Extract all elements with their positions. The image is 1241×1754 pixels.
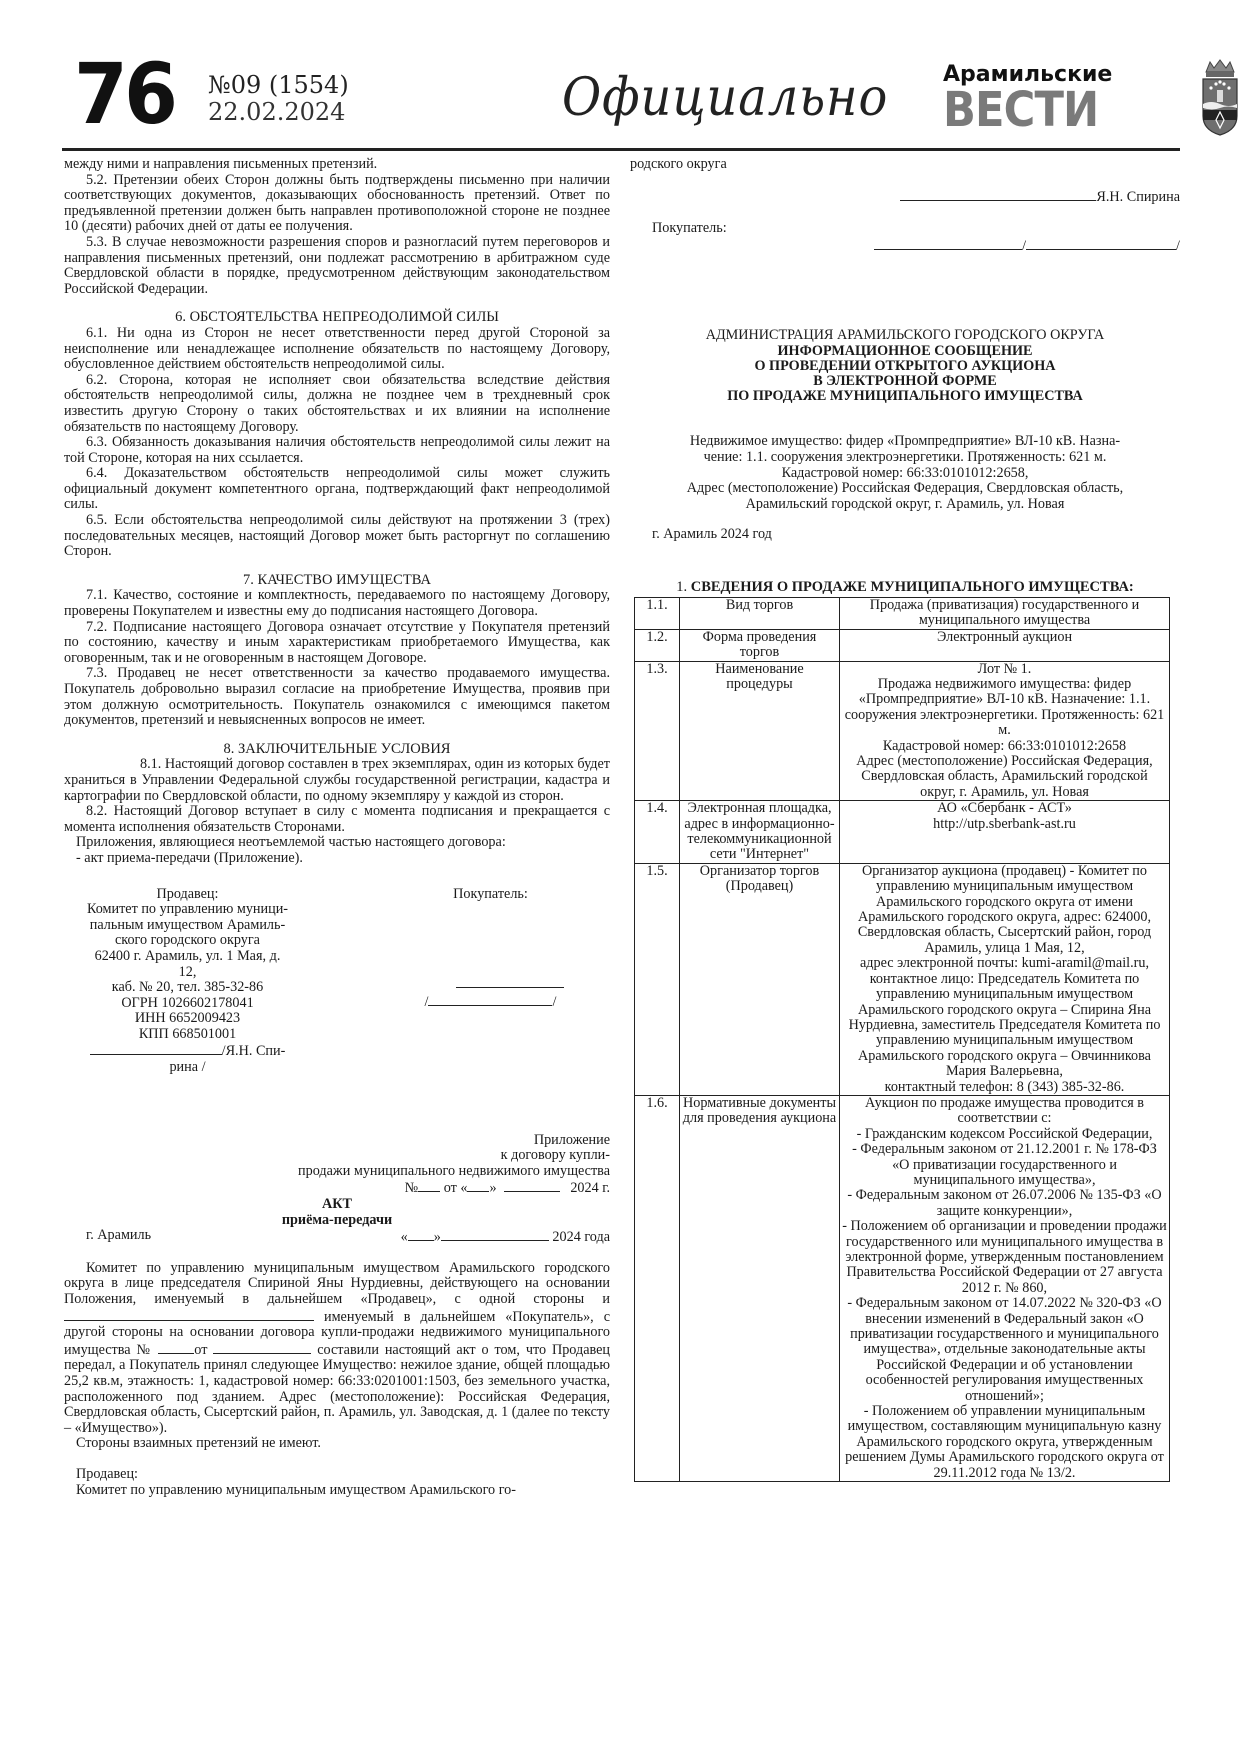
notice-header: АДМИНИСТРАЦИЯ АРАМИЛЬСКОГО ГОРОДСКОГО ОК…: [630, 328, 1180, 404]
appendix-line: Приложение: [64, 1133, 610, 1149]
clause-6-3: 6.3. Обязанность доказывания наличия обс…: [64, 435, 610, 466]
notice-title-line: В ЭЛЕКТРОННОЙ ФОРМЕ: [630, 374, 1180, 389]
table-row: 1.3.Наименование процедурыЛот № 1.Продаж…: [635, 661, 1170, 801]
table-row: 1.1.Вид торговПродажа (приватизация) гос…: [635, 597, 1170, 629]
signature-block: Продавец: Комитет по управлению муници- …: [64, 887, 610, 1076]
table-row: 1.2.Форма проведения торговЭлектронный а…: [635, 629, 1170, 661]
buyer-signature: //: [630, 237, 1180, 255]
clause-6-5: 6.5. Если обстоятельства непреодолимой с…: [64, 513, 610, 560]
heading-section-8: 8. ЗАКЛЮЧИТЕЛЬНЫЕ УСЛОВИЯ: [64, 742, 610, 758]
heading-section-7: 7. КАЧЕСТВО ИМУЩЕСТВА: [64, 573, 610, 589]
logo-main-text: ВЕСТИ: [943, 87, 1098, 133]
table-cell-num: 1.3.: [635, 661, 680, 801]
clause-6-4: 6.4. Доказательством обстоятельств непре…: [64, 466, 610, 513]
table-cell-value: Лот № 1.Продажа недвижимого имущества: ф…: [840, 661, 1170, 801]
attachment-item: - акт приема-передачи (Приложение).: [64, 851, 610, 867]
admin-name: АДМИНИСТРАЦИЯ АРАМИЛЬСКОГО ГОРОДСКОГО ОК…: [630, 328, 1180, 343]
table-cell-value: Продажа (приватизация) государственного …: [840, 597, 1170, 629]
table-cell-value: Аукцион по продаже имущества проводится …: [840, 1095, 1170, 1481]
signature-blank: [900, 188, 1096, 201]
section-1-heading: 1. СВЕДЕНИЯ О ПРОДАЖЕ МУНИЦИПАЛЬНОГО ИМУ…: [630, 580, 1180, 594]
seller-signature-cont: рина /: [64, 1060, 311, 1076]
table-cell-num: 1.5.: [635, 863, 680, 1095]
issue-date: 22.02.2024: [208, 99, 349, 126]
table-cell-label: Электронная площадка,адрес в информацион…: [680, 801, 840, 864]
buyer-label: Покупатель:: [630, 221, 1180, 237]
table-cell-value: АО «Сбербанк - АСТ»http://utp.sberbank-a…: [840, 801, 1170, 864]
appendix-header: Приложение к договору купли- продажи мун…: [64, 1133, 610, 1246]
seller-title: Продавец:: [64, 887, 311, 903]
buyer-signature-top: [371, 975, 610, 993]
table-cell-label: Организатор торгов (Продавец): [680, 863, 840, 1095]
city-year: г. Арамиль 2024 год: [630, 527, 1180, 543]
attachments-note: Приложения, являющиеся неотъемлемой част…: [64, 835, 610, 851]
left-column: между ними и направления письменных прет…: [64, 157, 610, 1498]
signature-blank: [90, 1042, 222, 1055]
paragraph: между ними и направления письменных прет…: [64, 157, 610, 173]
property-description: Недвижимое имущество: фидер «Промпредпри…: [630, 434, 1180, 512]
issue-number: №09 (1554): [208, 72, 349, 99]
signature-blank: [428, 993, 552, 1006]
table-cell-value: Электронный аукцион: [840, 629, 1170, 661]
clause-8-1: 8.1. Настоящий договор составлен в трех …: [64, 757, 610, 804]
seller-footer-title: Продавец:: [64, 1467, 610, 1483]
akt-title: АКТ: [64, 1197, 610, 1213]
issue-info: №09 (1554) 22.02.2024: [208, 72, 349, 126]
seller-line: ИНН 6652009423: [64, 1011, 311, 1027]
clause-7-2: 7.2. Подписание настоящего Договора озна…: [64, 620, 610, 667]
clause-7-3: 7.3. Продавец не несет ответственности з…: [64, 666, 610, 728]
table-cell-num: 1.4.: [635, 801, 680, 864]
clause-8-2: 8.2. Настоящий Договор вступает в силу с…: [64, 804, 610, 835]
newspaper-logo: Арамильские ВЕСТИ: [943, 62, 1116, 133]
seller-line: ОГРН 1026602178041: [64, 996, 311, 1012]
signature-blank: [456, 975, 564, 988]
table-cell-label: Вид торгов: [680, 597, 840, 629]
clause-5-3: 5.3. В случае невозможности разрешения с…: [64, 235, 610, 297]
seller-details: Продавец: Комитет по управлению муници- …: [64, 887, 311, 1076]
seller-signature-line: /Я.Н. Спи-: [64, 1042, 311, 1060]
section-title: Официально: [562, 68, 888, 128]
seller-line: КПП 668501001: [64, 1027, 311, 1043]
seller-line: ского городского округа: [64, 933, 311, 949]
buyer-name-blank: [64, 1308, 314, 1321]
seller-signature-name: /Я.Н. Спи-: [222, 1043, 286, 1059]
page-number: 76: [74, 52, 174, 136]
buyer-details: Покупатель: //: [371, 887, 610, 1076]
appendix-line: продажи муниципального недвижимого имуще…: [64, 1164, 610, 1180]
buyer-title: Покупатель:: [371, 887, 610, 903]
seller-footer-text: Комитет по управлению муниципальным имущ…: [64, 1483, 610, 1499]
seller-line: 12,: [64, 965, 311, 981]
seller-line: 62400 г. Арамиль, ул. 1 Мая, д.: [64, 949, 311, 965]
masthead-rule: [62, 148, 1180, 151]
akt-subtitle: приёма-передачи: [64, 1213, 610, 1229]
table-cell-num: 1.1.: [635, 597, 680, 629]
masthead: 76 №09 (1554) 22.02.2024 Официально Арам…: [68, 58, 1180, 150]
right-column: родского округа Я.Н. Спирина Покупатель:…: [630, 157, 1180, 1482]
appendix-line: к договору купли-: [64, 1148, 610, 1164]
clause-5-2: 5.2. Претензии обеих Сторон должны быть …: [64, 173, 610, 235]
table-cell-label: Нормативные документы для проведения аук…: [680, 1095, 840, 1481]
auction-info-table: 1.1.Вид торговПродажа (приватизация) гос…: [634, 597, 1170, 1482]
table-cell-label: Наименование процедуры: [680, 661, 840, 801]
notice-title-line: О ПРОВЕДЕНИИ ОТКРЫТОГО АУКЦИОНА: [630, 359, 1180, 374]
notice-title-line: ИНФОРМАЦИОННОЕ СООБЩЕНИЕ: [630, 344, 1180, 359]
akt-body: Комитет по управлению муниципальным имущ…: [64, 1261, 610, 1437]
table-cell-num: 1.2.: [635, 629, 680, 661]
table-row: 1.6.Нормативные документы для проведения…: [635, 1095, 1170, 1481]
akt-place-date: г. Арамиль «» 2024 года: [64, 1228, 610, 1246]
paragraph-continuation: родского округа: [630, 157, 1180, 173]
table-cell-value: Организатор аукциона (продавец) - Комите…: [840, 863, 1170, 1095]
heading-section-6: 6. ОБСТОЯТЕЛЬСТВА НЕПРЕОДОЛИМОЙ СИЛЫ: [64, 310, 610, 326]
akt-city: г. Арамиль: [64, 1228, 151, 1246]
clause-6-2: 6.2. Сторона, которая не исполняет свои …: [64, 373, 610, 435]
notice-title-line: ПО ПРОДАЖЕ МУНИЦИПАЛЬНОГО ИМУЩЕСТВА: [630, 389, 1180, 404]
table-cell-num: 1.6.: [635, 1095, 680, 1481]
clause-7-1: 7.1. Качество, состояние и комплектность…: [64, 588, 610, 619]
akt-date: «» 2024 года: [401, 1228, 610, 1246]
table-row: 1.4.Электронная площадка,адрес в информа…: [635, 801, 1170, 864]
appendix-contract-ref: № от «» 2024 г.: [64, 1179, 610, 1197]
buyer-signature-line: //: [371, 993, 610, 1011]
clause-6-1: 6.1. Ни одна из Сторон не несет ответств…: [64, 326, 610, 373]
seller-line: каб. № 20, тел. 385-32-86: [64, 980, 311, 996]
coat-of-arms-icon: [1198, 58, 1241, 136]
seller-line: Комитет по управлению муници-: [64, 902, 311, 918]
seller-signature: Я.Н. Спирина: [630, 188, 1180, 206]
table-row: 1.5.Организатор торгов (Продавец)Организ…: [635, 863, 1170, 1095]
table-cell-label: Форма проведения торгов: [680, 629, 840, 661]
seller-line: пальным имуществом Арамиль-: [64, 918, 311, 934]
no-claims: Стороны взаимных претензий не имеют.: [64, 1436, 610, 1452]
